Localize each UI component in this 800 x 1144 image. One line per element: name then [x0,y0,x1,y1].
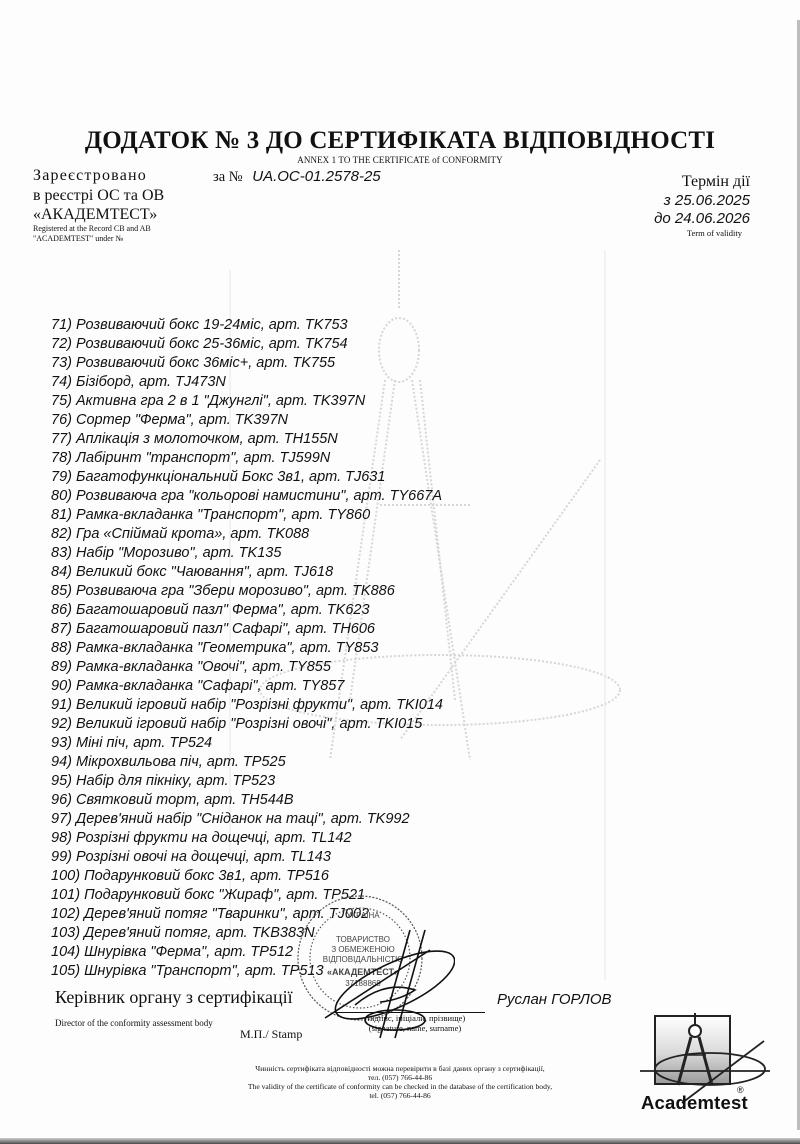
list-item: 90) Рамка-вкладанка "Сафарі", арт. TY857 [51,677,443,696]
list-item: 91) Великий ігровий набір "Розрізні фрук… [51,696,443,715]
item-number: 80) [51,488,72,504]
list-item: 79) Багатофункціональний Бокс 3в1, арт. … [51,468,443,487]
list-item: 104) Шнурівка "Ферма", арт. TP512 [51,943,443,962]
document-subtitle-en: ANNEX 1 TO THE CERTIFICATE of CONFORMITY [0,155,800,165]
validity-from: з 25.06.2025 [600,192,750,210]
item-text: Гра «Спіймай крота», арт. TK088 [76,526,309,542]
list-item: 73) Розвиваючий бокс 36міс+, арт. TK755 [51,354,443,373]
item-text: Подарунковий бокс 3в1, арт. TP516 [84,868,329,884]
item-number: 74) [51,374,72,390]
item-number: 87) [51,621,72,637]
item-text: Великий ігровий набір "Розрізні овочі", … [76,716,422,732]
item-number: 101) [51,887,80,903]
item-text: Розвиваюча гра "Збери морозиво", арт. TK… [76,583,395,599]
item-text: Розвиваючий бокс 19-24міс, арт. TK753 [76,317,348,333]
list-item: 88) Рамка-вкладанка "Геометрика", арт. T… [51,639,443,658]
item-number: 78) [51,450,72,466]
item-text: Великий бокс "Чаювання", арт. TJ618 [76,564,333,580]
validity-block: Термін дії з 25.06.2025 до 24.06.2026 Te… [600,172,750,238]
list-item: 78) Лабіринт "транспорт", арт. TJ599N [51,449,443,468]
item-text: Мікрохвильова піч, арт. TP525 [76,754,286,770]
item-text: Розрізні овочі на дощечці, арт. TL143 [76,849,331,865]
item-number: 96) [51,792,72,808]
list-item: 77) Аплікація з молоточком, арт. TH155N [51,430,443,449]
footer-phone-en: tel. (057) 766-44-86 [200,1091,600,1100]
list-item: 82) Гра «Спіймай крота», арт. TK088 [51,525,443,544]
list-item: 74) Бізіборд, арт. TJ473N [51,373,443,392]
item-text: Розвиваюча гра "кольорові намистини", ар… [76,488,442,504]
item-number: 86) [51,602,72,618]
signature-hint: (підпис, ініціали, прізвище) (signature,… [360,1013,470,1033]
validity-en: Term of validity [600,228,750,238]
item-number: 90) [51,678,72,694]
list-item: 103) Дерев'яний потяг, арт. TKB383N [51,924,443,943]
certificate-number: за № UA.OC-01.2578-25 [213,168,381,186]
item-number: 99) [51,849,72,865]
logo-text: Academtest [641,1092,748,1114]
certificate-number-value: UA.OC-01.2578-25 [252,168,380,185]
list-item: 98) Розрізні фрукти на дощечці, арт. TL1… [51,829,443,848]
list-item: 102) Дерев'яний потяг "Тваринки", арт. T… [51,905,443,924]
item-number: 94) [51,754,72,770]
item-text: Великий ігровий набір "Розрізні фрукти",… [76,697,443,713]
item-number: 77) [51,431,72,447]
registration-en-line2: "ACADEMTEST" under № [33,234,164,244]
item-number: 84) [51,564,72,580]
signature-hint-ua: (підпис, ініціали, прізвище) [360,1013,470,1023]
list-item: 99) Розрізні овочі на дощечці, арт. TL14… [51,848,443,867]
item-number: 95) [51,773,72,789]
registration-line2: в реєстрі ОС та ОВ [33,186,164,205]
item-number: 72) [51,336,72,352]
list-item: 75) Активна гра 2 в 1 "Джунглі", арт. TK… [51,392,443,411]
item-number: 98) [51,830,72,846]
item-number: 85) [51,583,72,599]
validity-heading: Термін дії [600,172,750,192]
list-item: 85) Розвиваюча гра "Збери морозиво", арт… [51,582,443,601]
list-item: 105) Шнурівка "Транспорт", арт. TP513 [51,962,443,981]
item-number: 82) [51,526,72,542]
item-number: 91) [51,697,72,713]
item-text: Подарунковий бокс "Жираф", арт. TP521 [84,887,365,903]
item-text: Рамка-вкладанка "Транспорт", арт. TY860 [76,507,370,523]
list-item: 94) Мікрохвильова піч, арт. TP525 [51,753,443,772]
item-number: 97) [51,811,72,827]
item-text: Багатофункціональний Бокс 3в1, арт. TJ63… [76,469,385,485]
list-item: 80) Розвиваюча гра "кольорові намистини"… [51,487,443,506]
item-number: 76) [51,412,72,428]
item-text: Багатошаровий пазл" Ферма", арт. TK623 [76,602,370,618]
list-item: 95) Набір для пікніку, арт. TP523 [51,772,443,791]
certificate-number-label: за № [213,169,243,185]
list-item: 76) Сортер "Ферма", арт. TK397N [51,411,443,430]
item-text: Бізіборд, арт. TJ473N [76,374,226,390]
footer-note: Чинність сертифіката відповідності можна… [200,1064,600,1100]
item-text: Рамка-вкладанка "Геометрика", арт. TY853 [76,640,378,656]
registration-en-line1: Registered at the Record CB and AB [33,224,164,234]
item-text: Розвиваючий бокс 36міс+, арт. TK755 [76,355,335,371]
list-item: 100) Подарунковий бокс 3в1, арт. TP516 [51,867,443,886]
item-text: Дерев'яний потяг, арт. TKB383N [84,925,315,941]
list-item: 86) Багатошаровий пазл" Ферма", арт. TK6… [51,601,443,620]
director-name: Руслан ГОРЛОВ [497,991,612,1008]
item-text: Багатошаровий пазл" Сафарі", арт. TH606 [76,621,375,637]
signature-label-en: Director of the conformity assessment bo… [55,1018,213,1028]
item-number: 81) [51,507,72,523]
registration-line1: Зареєстровано [33,166,164,186]
list-item: 89) Рамка-вкладанка "Овочі", арт. TY855 [51,658,443,677]
list-item: 84) Великий бокс "Чаювання", арт. TJ618 [51,563,443,582]
item-text: Набір для пікніку, арт. TP523 [76,773,275,789]
item-text: Розрізні фрукти на дощечці, арт. TL142 [76,830,352,846]
item-text: Активна гра 2 в 1 "Джунглі", арт. TK397N [76,393,365,409]
signature-label: Керівник органу з сертифікації [55,987,293,1008]
item-text: Міні піч, арт. TP524 [76,735,212,751]
footer-note-en: The validity of the certificate of confo… [200,1082,600,1091]
list-item: 101) Подарунковий бокс "Жираф", арт. TP5… [51,886,443,905]
footer-note-ua: Чинність сертифіката відповідності можна… [200,1064,600,1073]
registration-block: Зареєстровано в реєстрі ОС та ОВ «АКАДЕМ… [33,166,164,244]
item-number: 75) [51,393,72,409]
product-list: 71) Розвиваючий бокс 19-24міс, арт. TK75… [51,316,443,981]
list-item: 71) Розвиваючий бокс 19-24міс, арт. TK75… [51,316,443,335]
page-edge-bottom [0,1138,800,1144]
registered-mark: ® [737,1085,744,1095]
item-text: Аплікація з молоточком, арт. TH155N [76,431,338,447]
list-item: 93) Міні піч, арт. TP524 [51,734,443,753]
item-text: Дерев'яний набір "Сніданок на таці", арт… [76,811,410,827]
list-item: 83) Набір "Морозиво", арт. TK135 [51,544,443,563]
signature-hint-en: (signature, name, surname) [360,1023,470,1033]
list-item: 96) Святковий торт, арт. TH544B [51,791,443,810]
list-item: 81) Рамка-вкладанка "Транспорт", арт. TY… [51,506,443,525]
item-number: 103) [51,925,80,941]
item-text: Рамка-вкладанка "Овочі", арт. TY855 [76,659,331,675]
item-text: Набір "Морозиво", арт. TK135 [76,545,281,561]
item-number: 88) [51,640,72,656]
item-text: Дерев'яний потяг "Тваринки", арт. TJ002 [84,906,369,922]
list-item: 87) Багатошаровий пазл" Сафарі", арт. TH… [51,620,443,639]
item-number: 92) [51,716,72,732]
list-item: 97) Дерев'яний набір "Сніданок на таці",… [51,810,443,829]
item-number: 83) [51,545,72,561]
list-item: 72) Розвиваючий бокс 25-36міс, арт. TK75… [51,335,443,354]
list-item: 92) Великий ігровий набір "Розрізні овоч… [51,715,443,734]
item-text: Шнурівка "Ферма", арт. TP512 [84,944,293,960]
item-number: 102) [51,906,80,922]
item-text: Святковий торт, арт. TH544B [76,792,294,808]
item-text: Рамка-вкладанка "Сафарі", арт. TY857 [76,678,344,694]
item-text: Шнурівка "Транспорт", арт. TP513 [84,963,323,979]
item-number: 79) [51,469,72,485]
item-text: Розвиваючий бокс 25-36міс, арт. TK754 [76,336,348,352]
item-text: Лабіринт "транспорт", арт. TJ599N [76,450,330,466]
item-number: 93) [51,735,72,751]
item-number: 104) [51,944,80,960]
document-title: ДОДАТОК № 3 ДО СЕРТИФІКАТА ВІДПОВІДНОСТІ [8,125,792,155]
registration-line3: «АКАДЕМТЕСТ» [33,205,164,224]
item-number: 73) [51,355,72,371]
stamp-label: М.П./ Stamp [240,1027,302,1042]
item-number: 71) [51,317,72,333]
item-number: 105) [51,963,80,979]
validity-to: до 24.06.2026 [600,210,750,228]
item-number: 89) [51,659,72,675]
item-text: Сортер "Ферма", арт. TK397N [76,412,288,428]
footer-phone-ua: тел. (057) 766-44-86 [200,1073,600,1082]
item-number: 100) [51,868,80,884]
